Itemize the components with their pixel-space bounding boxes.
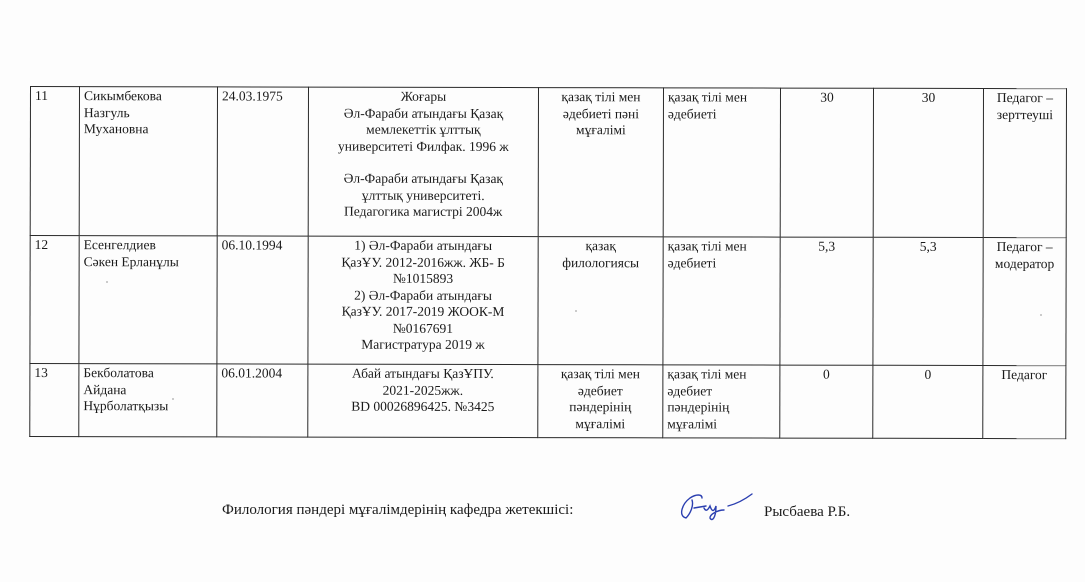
education-line: Магистратура 2019 ж	[361, 337, 485, 352]
education-line: мемлекеттік ұлттық	[366, 122, 480, 137]
subject-line: қазақ тілі мен	[668, 238, 747, 253]
education-line: ұлттық университеті.	[362, 187, 485, 202]
specialty-line: қазақ тілі мен	[561, 366, 640, 381]
education-line: №0167691	[393, 320, 453, 335]
total-experience-line: 5,3	[818, 239, 835, 254]
scan-speck	[172, 398, 174, 400]
total-experience-line: 30	[820, 90, 834, 105]
birth-date: 06.01.2004	[217, 364, 308, 437]
birth-date-line: 24.03.1975	[222, 88, 283, 103]
birth-date-line: 06.10.1994	[222, 237, 283, 252]
specialty: қазақ тілі менәдебиетпәндерініңмұғалімі	[538, 365, 663, 438]
full-name-line: Нұрболатқызы	[83, 398, 168, 413]
row-number-line: 12	[35, 237, 49, 252]
full-name-line: Бекболатова	[83, 365, 153, 380]
row-number: 11	[30, 87, 79, 236]
signature-icon	[672, 488, 762, 524]
education-line: университеті Филфак. 1996 ж	[338, 138, 509, 153]
specialty-line: әдебиет	[578, 383, 623, 398]
education-line: Абай атындағы ҚазҰПУ.	[352, 366, 494, 381]
row-number-line: 13	[34, 365, 48, 380]
category: Педагог –модератор	[983, 237, 1066, 365]
education-line: ҚазҰУ. 2012-2016жж. ЖБ- Б	[341, 254, 505, 269]
subject-line: қазақ тілі мен	[668, 89, 747, 104]
row-number-line: 11	[35, 88, 48, 103]
category-line: модератор	[995, 256, 1054, 271]
education-line: ҚазҰУ. 2017-2019 ЖООК-М	[342, 304, 505, 319]
specialty-line: филологиясы	[562, 255, 639, 270]
total-experience: 5,3	[780, 237, 873, 365]
pedagogical-experience: 0	[873, 365, 983, 438]
row-number: 13	[30, 364, 79, 437]
scan-speck	[106, 281, 108, 283]
full-name-line: Назгуль	[84, 105, 130, 120]
table-row: 13БекболатоваАйданаНұрболатқызы06.01.200…	[30, 364, 1066, 439]
subject-line: әдебиеті	[668, 255, 717, 270]
pedagogical-experience-line: 30	[922, 90, 936, 105]
education-line: №1015893	[393, 271, 453, 286]
full-name-line: Айдана	[83, 382, 126, 397]
pedagogical-experience: 5,3	[873, 237, 983, 365]
scan-speck	[1040, 314, 1042, 316]
education-line: Әл-Фараби атындағы Қазақ	[344, 171, 503, 186]
full-name: ЕсенгелдиевСәкен Ерланұлы	[79, 236, 217, 364]
education: ЖоғарыӘл-Фараби атындағы Қазақмемлекетті…	[308, 87, 538, 236]
subject: қазақ тілі менәдебиеті	[663, 237, 780, 365]
total-experience: 30	[780, 88, 873, 237]
birth-date: 24.03.1975	[217, 87, 308, 236]
education-line: Педагогика магистрі 2004ж	[344, 204, 502, 219]
education: Абай атындағы ҚазҰПУ.2021-2025жж.BD 0002…	[308, 364, 538, 437]
category: Педагог	[983, 365, 1066, 438]
table-row: 12ЕсенгелдиевСәкен Ерланұлы06.10.19941) …	[30, 236, 1066, 366]
subject-line: пәндерінің	[667, 399, 729, 414]
education-line: 2) Әл-Фараби атындағы	[354, 287, 492, 302]
category-line: Педагог	[1001, 367, 1047, 382]
education: 1) Әл-Фараби атындағыҚазҰУ. 2012-2016жж.…	[308, 236, 538, 364]
category-line: Педагог –	[997, 90, 1053, 105]
category: Педагог –зерттеуші	[983, 88, 1066, 237]
category-line: зерттеуші	[997, 107, 1053, 122]
full-name: БекболатоваАйданаНұрболатқызы	[79, 364, 217, 437]
row-number: 12	[30, 236, 79, 364]
full-name-line: Сәкен Ерланұлы	[84, 254, 179, 269]
full-name: СикымбековаНазгульМухановна	[79, 87, 217, 236]
total-experience-line: 0	[823, 367, 830, 382]
subject: қазақ тілі менәдебиетпәндерініңмұғалімі	[663, 365, 780, 438]
education-line: Әл-Фараби атындағы Қазақ	[344, 105, 503, 120]
scan-speck	[575, 310, 577, 312]
table-row: 11СикымбековаНазгульМухановна24.03.1975Ж…	[30, 87, 1066, 238]
subject-line: қазақ тілі мен	[667, 366, 746, 381]
total-experience: 0	[780, 365, 873, 438]
education-line: 2021-2025жж.	[383, 382, 464, 397]
specialty-line: қазақ	[585, 238, 615, 253]
subject-line: әдебиеті	[668, 106, 717, 121]
birth-date: 06.10.1994	[217, 236, 308, 364]
department-head-label: Филология пәндері мұғалімдерінің кафедра…	[222, 502, 573, 519]
birth-date-line: 06.01.2004	[221, 365, 282, 380]
specialty-line: мұғалімі	[576, 122, 626, 137]
scanned-page: 11СикымбековаНазгульМухановна24.03.1975Ж…	[0, 0, 1085, 582]
specialty-line: қазақ тілі мен	[561, 89, 640, 104]
subject-line: әдебиет	[667, 383, 712, 398]
specialty-line: мұғалімі	[575, 416, 625, 431]
specialty-line: пәндерінің	[569, 399, 631, 414]
department-head-name: Рысбаева Р.Б.	[764, 504, 850, 521]
education-line: Жоғары	[401, 89, 447, 104]
specialty: қазақ тілі менәдебиеті пәнімұғалімі	[538, 88, 663, 237]
specialty-line: әдебиеті пәні	[563, 106, 639, 121]
pedagogical-experience-line: 0	[925, 367, 932, 382]
subject: қазақ тілі менәдебиеті	[663, 88, 780, 237]
full-name-line: Мухановна	[84, 121, 149, 136]
staff-table: 11СикымбековаНазгульМухановна24.03.1975Ж…	[29, 86, 1067, 439]
subject-line: мұғалімі	[667, 416, 717, 431]
specialty: қазақфилологиясы	[538, 237, 663, 365]
category-line: Педагог –	[997, 239, 1053, 254]
full-name-line: Есенгелдиев	[84, 237, 156, 252]
pedagogical-experience: 30	[873, 88, 983, 237]
education-line: BD 00026896425. №3425	[351, 399, 494, 414]
full-name-line: Сикымбекова	[84, 88, 162, 103]
education-line: 1) Әл-Фараби атындағы	[354, 238, 492, 253]
pedagogical-experience-line: 5,3	[920, 239, 937, 254]
